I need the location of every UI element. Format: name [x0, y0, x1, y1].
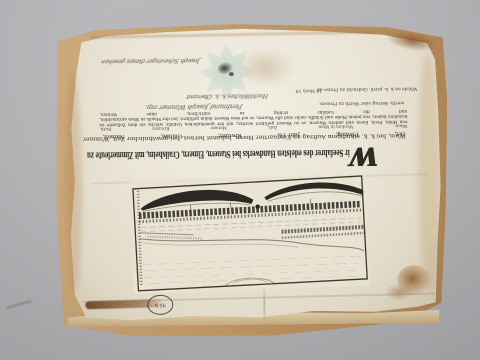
field-label: Pfennig, [335, 131, 358, 138]
oval-stamp-text: 95 b [155, 302, 166, 308]
handwriting-line-3: Ferdinand Joseph Wimmer mp. [113, 102, 241, 115]
note-top-text: Würde an k. k. privil. Gedruckt zu Preis… [325, 86, 417, 92]
headline-text: ir Seefahrer des edelsten Handwerks bei … [125, 147, 350, 161]
ornate-initial: W [348, 143, 378, 171]
headline: ir Seefahrer des edelsten Handwerks bei … [126, 146, 350, 161]
document-group: W ir Seefahrer des edelsten Handwerks be… [0, 0, 480, 360]
photo-of-antique-document: W ir Seefahrer des edelsten Handwerks be… [0, 0, 480, 360]
engraving-plate [130, 173, 370, 294]
date-fragment-text: 18 Hoch 18 [288, 88, 322, 93]
date-fragment: 18 Hoch 18 [288, 95, 322, 101]
field-label: Namen, [103, 134, 125, 141]
ornate-initial-glyph: W [350, 142, 378, 171]
handwriting-line-2-text: Hochlöbliches k. k. Oberamt [149, 93, 269, 101]
note-right: werth: Betrag oder Werth zu Preisen. [296, 107, 404, 114]
field-label: Jahr 18, [277, 132, 299, 139]
handwriting-line-1: Joseph Schexinger dieses gesehen [99, 55, 199, 69]
field-label: Gulden, [160, 133, 182, 140]
note-top: Würde an k. k. privil. Gedruckt zu Preis… [325, 93, 417, 100]
field-label: Ort, [394, 131, 405, 138]
field-label: Kreuzer, [218, 132, 242, 139]
danube-panorama-engraving [130, 173, 370, 294]
handwriting-line-1-text: Joseph Schexinger dieses gesehen [99, 57, 201, 65]
handwriting-line-3-text: Ferdinand Joseph Wimmer mp. [113, 102, 243, 111]
